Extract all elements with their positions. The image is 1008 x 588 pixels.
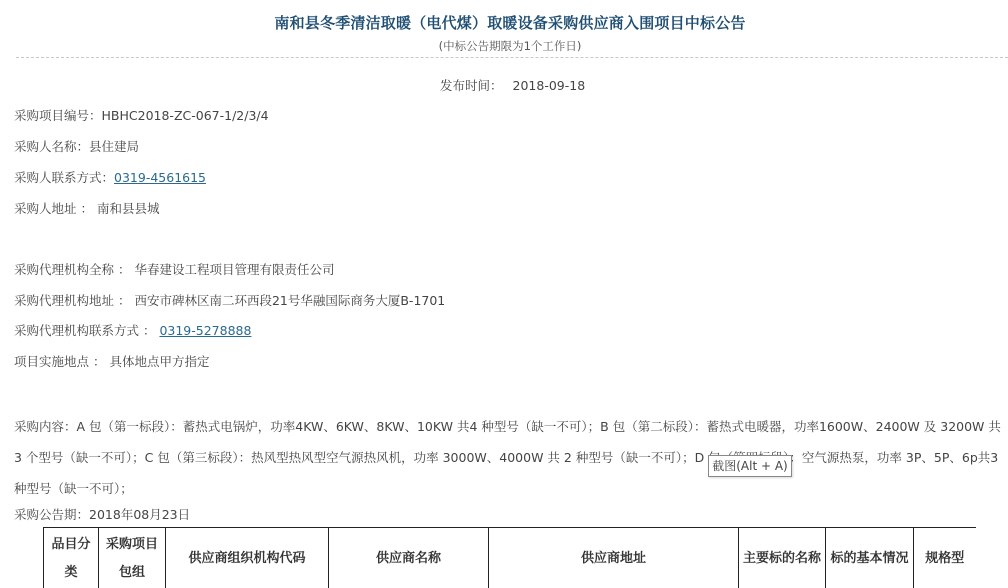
field-agency-contact: 采购代理机构联系方式 ： 0319-5278888 [14, 321, 251, 339]
field-agency-name: 采购代理机构全称 ： 华春建设工程项目管理有限责任公司 [14, 260, 334, 278]
page-subtitle: (中标公告期限为1个工作日) [0, 38, 1008, 54]
field-purchaser-contact: 采购人联系方式：0319-4561615 [14, 168, 206, 186]
content-text: A 包（第一标段）：蓄热式电锅炉，功率4KW、6KW、8KW、10KW 共4 种… [14, 419, 1001, 496]
publish-time: 发布时间：2018-09-18 [440, 76, 585, 94]
field-label: 采购代理机构全称 ： [14, 262, 134, 277]
field-announcement-period: 采购公告期：2018年08月23日 [14, 505, 190, 523]
table-header-row: 品目分类 采购项目包组 供应商组织机构代码 供应商名称 供应商地址 主要标的名称… [44, 528, 976, 588]
field-value: 华春建设工程项目管理有限责任公司 [134, 262, 334, 277]
field-label: 采购人联系方式： [14, 170, 114, 185]
field-value: 西安市碑林区南二环西段21号华融国际商务大厦B-1701 [134, 293, 445, 308]
procurement-content: 采购内容：A 包（第一标段）：蓄热式电锅炉，功率4KW、6KW、8KW、10KW… [14, 411, 1002, 504]
field-purchaser-address: 采购人地址 ： 南和县县城 [14, 199, 159, 217]
field-label: 采购项目编号： [14, 108, 102, 123]
field-value: 县住建局 [89, 139, 139, 154]
header-org-code: 供应商组织机构代码 [166, 528, 329, 588]
field-label: 采购人名称： [14, 139, 89, 154]
content-label: 采购内容： [14, 419, 77, 434]
publish-time-label: 发布时间： [440, 78, 503, 93]
header-item-details: 标的基本情况 [826, 528, 914, 588]
header-specification: 规格型 [914, 528, 976, 588]
field-label: 采购人地址 ： [14, 201, 97, 216]
field-label: 采购代理机构地址 ： [14, 293, 134, 308]
field-label: 项目实施地点 ： [14, 354, 109, 369]
field-label: 采购公告期： [14, 507, 89, 522]
page-title: 南和县冬季清洁取暖（电代煤）取暖设备采购供应商入围项目中标公告 [0, 12, 1008, 33]
field-value: 2018年08月23日 [89, 507, 190, 522]
winning-bid-table: 品目分类 采购项目包组 供应商组织机构代码 供应商名称 供应商地址 主要标的名称… [43, 527, 976, 588]
field-purchaser-name: 采购人名称：县住建局 [14, 137, 139, 155]
header-main-item: 主要标的名称 [739, 528, 826, 588]
purchaser-phone-link[interactable]: 0319-4561615 [114, 170, 206, 185]
field-implementation-site: 项目实施地点 ： 具体地点甲方指定 [14, 352, 209, 370]
header-supplier-address: 供应商地址 [489, 528, 739, 588]
field-project-number: 采购项目编号：HBHC2018-ZC-067-1/2/3/4 [14, 106, 269, 124]
field-value: 具体地点甲方指定 [109, 354, 209, 369]
field-value: HBHC2018-ZC-067-1/2/3/4 [102, 108, 269, 123]
header-category: 品目分类 [44, 528, 99, 588]
header-supplier-name: 供应商名称 [329, 528, 489, 588]
publish-time-value: 2018-09-18 [513, 78, 586, 93]
divider [16, 57, 1008, 58]
agency-phone-link[interactable]: 0319-5278888 [159, 323, 251, 338]
header-package: 采购项目包组 [99, 528, 166, 588]
screenshot-tooltip: 截图(Alt + A) [708, 455, 792, 477]
field-label: 采购代理机构联系方式 ： [14, 323, 159, 338]
field-agency-address: 采购代理机构地址 ： 西安市碑林区南二环西段21号华融国际商务大厦B-1701 [14, 291, 445, 309]
field-value: 南和县县城 [97, 201, 160, 216]
